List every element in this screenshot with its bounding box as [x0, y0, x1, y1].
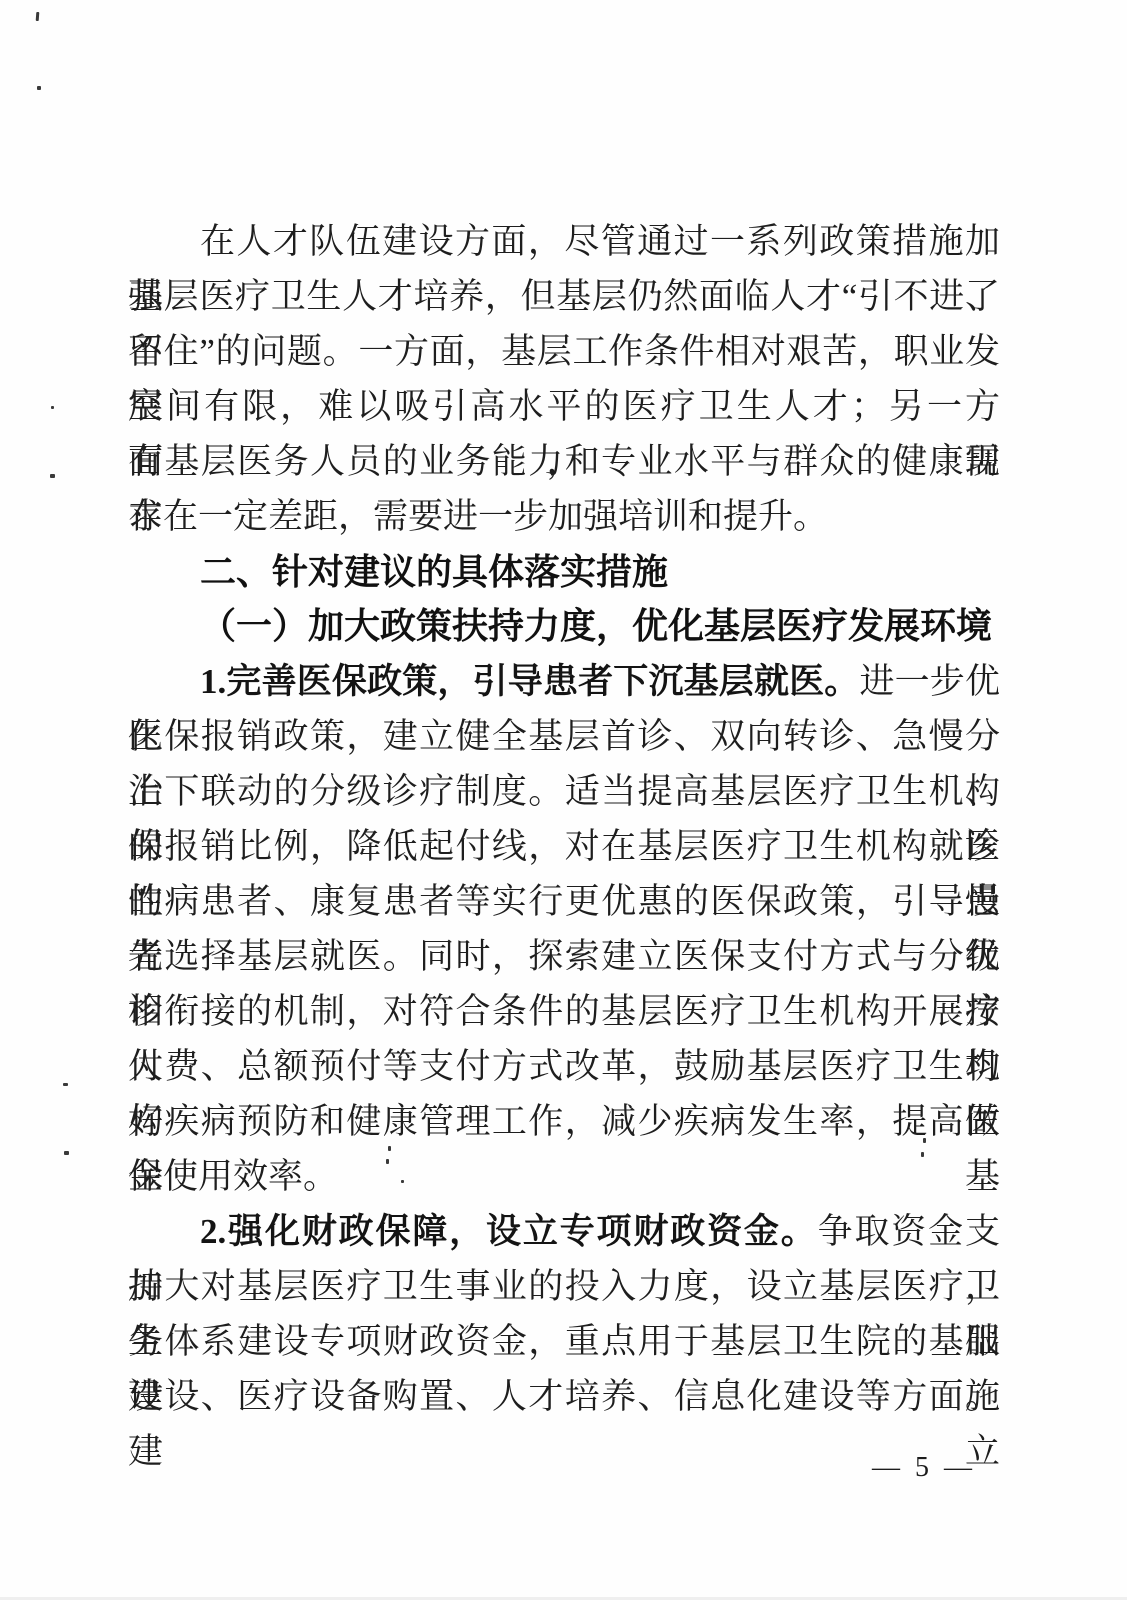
paragraph-line: 好疾病预防和健康管理工作，减少疾病发生率，提高医保基 — [128, 1094, 1000, 1149]
paragraph-line: 务体系建设专项财政资金，重点用于基层卫生院的基础设施 — [128, 1314, 1000, 1369]
scan-speck — [50, 474, 55, 478]
paragraph-line: 保报销比例，降低起付线，对在基层医疗卫生机构就诊的慢 — [128, 819, 1000, 874]
bold-run: 2.强化财政保障，设立专项财政资金。 — [200, 1212, 818, 1251]
document-body: 在人才队伍建设方面，尽管通过一系列政策措施加强了 基层医疗卫生人才培养，但基层仍… — [128, 214, 1000, 1424]
page-number: — 5 — — [872, 1448, 992, 1488]
paragraph-line: 加大对基层医疗卫生事业的投入力度，设立基层医疗卫生服 — [128, 1259, 1000, 1314]
scan-speck — [921, 1152, 924, 1157]
scan-speck — [51, 406, 54, 409]
document-page: 在人才队伍建设方面，尽管通过一系列政策措施加强了 基层医疗卫生人才培养，但基层仍… — [0, 0, 1127, 1600]
paragraph-line: 基层医疗卫生人才培养，但基层仍然面临人才“引不进、留 — [128, 269, 1000, 324]
paragraph-line: 2.强化财政保障，设立专项财政资金。争取资金支持， — [128, 1204, 1000, 1259]
section-heading: 二、针对建议的具体落实措施 — [128, 544, 1000, 599]
paragraph-line: 性病患者、康复患者等实行更优惠的医保政策，引导患者优 — [128, 874, 1000, 929]
bold-run: 1.完善医保政策，引导患者下沉基层就医。 — [200, 662, 859, 701]
paragraph-line: 在人才队伍建设方面，尽管通过一系列政策措施加强了 — [128, 214, 1000, 269]
scan-speck — [64, 1151, 69, 1155]
paragraph-line: 相衔接的机制，对符合条件的基层医疗卫生机构开展按人均 — [128, 984, 1000, 1039]
scan-speck — [401, 1180, 404, 1183]
paragraph-line: 空间有限，难以吸引高水平的医疗卫生人才；另一方面，现 — [128, 379, 1000, 434]
paragraph-line: 不住”的问题。一方面，基层工作条件相对艰苦，职业发展 — [128, 324, 1000, 379]
scan-speck — [386, 1159, 389, 1164]
subsection-heading: （一）加大政策扶持力度，优化基层医疗发展环境 — [128, 599, 1000, 654]
paragraph-line: 存在一定差距，需要进一步加强培训和提升。 — [128, 489, 1000, 544]
paragraph-line: 建设、医疗设备购置、人才培养、信息化建设等方面。建立 — [128, 1369, 1000, 1424]
paragraph-line: 先选择基层就医。同时，探索建立医保支付方式与分级诊疗 — [128, 929, 1000, 984]
paragraph-line: 付费、总额预付等支付方式改革，鼓励基层医疗卫生机构做 — [128, 1039, 1000, 1094]
paragraph-line: 上下联动的分级诊疗制度。适当提高基层医疗卫生机构的医 — [128, 764, 1000, 819]
scan-speck — [63, 1083, 68, 1086]
paragraph-line: 有基层医务人员的业务能力和专业水平与群众的健康需求 — [128, 434, 1000, 489]
paragraph-line: 医保报销政策，建立健全基层首诊、双向转诊、急慢分治、 — [128, 709, 1000, 764]
scan-speck — [388, 1146, 391, 1151]
scan-speck — [923, 1138, 926, 1143]
scan-speck — [36, 12, 40, 21]
paragraph-line: 1.完善医保政策，引导患者下沉基层就医。进一步优化 — [128, 654, 1000, 709]
scan-speck — [37, 86, 41, 90]
